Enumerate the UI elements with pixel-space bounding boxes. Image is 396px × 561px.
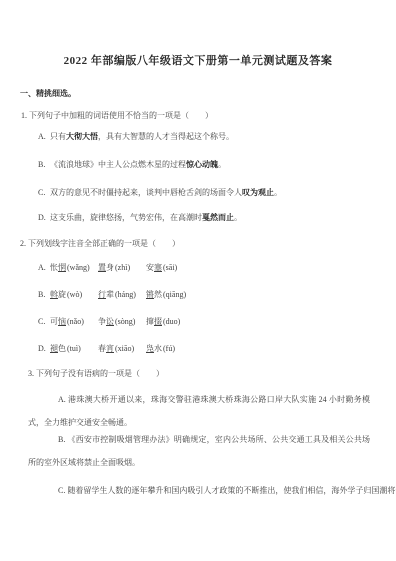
pinyin: (xiāo) [114, 344, 134, 353]
q2-option-a: A.怅惘(wǎng)置身(zhì)安塞(sāi) [38, 262, 194, 273]
pinyin: (háng) [114, 290, 136, 299]
word-pre: 春 [98, 344, 106, 353]
word-post: 水 [154, 344, 162, 353]
q1-option-c-pre: 双方的意见不时僵持起来，谈判中唇枪舌剑的场面令人 [50, 188, 242, 197]
q3-option-b-text: 《西安市控制吸烟管理办法》明确规定，室内公共场所、公共交通工具及相关公共场所的室… [28, 435, 370, 467]
q1-option-b-pre: 《流浪地球》中主人公点燃木星的过程 [50, 160, 186, 169]
q3-option-b-label: B. [43, 428, 65, 451]
pinyin: (tuì) [66, 344, 81, 353]
pinyin: (zhì) [114, 263, 130, 272]
word-underlined: 恼 [58, 317, 66, 326]
word-post: 辈 [106, 290, 114, 299]
pinyin: (nǎo) [66, 317, 84, 326]
q1-option-b: B.《流浪地球》中主人公点燃木星的过程惊心动魄。 [38, 159, 226, 170]
word-underlined: 行 [98, 290, 106, 299]
pinyin: (wò) [66, 290, 82, 299]
q1-option-a-label: A. [38, 131, 50, 142]
q1-option-a-post: ，具有大智慧的人才当得起这个称号。 [98, 132, 234, 141]
pinyin-item: 撺掇(duo) [146, 316, 194, 327]
pinyin-item: 锵然(qiāng) [146, 289, 194, 300]
q3-option-a-text: 港珠澳大桥开通以来，珠海交警驻港珠澳大桥珠海公路口岸大队实施 24 小时勤务模式… [28, 395, 370, 427]
q3-stem: 3. 下列句子没有语病的一项是（ ） [28, 368, 164, 379]
q1-option-d-post: 。 [234, 213, 242, 222]
q1-option-c-label: C. [38, 187, 50, 198]
word-underlined: 斡 [50, 290, 58, 299]
pinyin: (sòng) [114, 317, 135, 326]
word-underlined: 凫 [146, 344, 154, 353]
pinyin-item: 行辈(háng) [98, 289, 146, 300]
q1-option-d-pre: 这支乐曲，旋律悠扬，气势宏伟，在高潮时 [50, 213, 202, 222]
q3-option-a-label: A. [43, 388, 66, 411]
word-underlined: 宵 [106, 344, 114, 353]
pinyin: (wǎng) [66, 263, 90, 272]
q2-option-d: D.褪色(tuì)春宵(xiāo)凫水(fú) [38, 343, 194, 354]
word-underlined: 惘 [58, 263, 66, 272]
word-underlined: 讼 [106, 317, 114, 326]
doc-title: 2022 年部编版八年级语文下册第一单元测试题及答案 [0, 52, 396, 68]
pinyin-item: 春宵(xiāo) [98, 343, 146, 354]
q1-option-a-bold-term: 大彻大悟 [66, 132, 98, 141]
q1-stem: 1. 下列句子中加粗的词语使用不恰当的一项是（ ） [21, 110, 213, 121]
pinyin: (fú) [162, 344, 175, 353]
q2-option-b: B.斡旋(wò)行辈(háng)锵然(qiāng) [38, 289, 194, 300]
q1-option-d: D.这支乐曲，旋律悠扬，气势宏伟，在高潮时戛然而止。 [38, 212, 242, 223]
q1-option-d-bold-term: 戛然而止 [202, 213, 234, 222]
q2-option-d-label: D. [38, 343, 50, 354]
word-pre: 撺 [146, 317, 154, 326]
word-underlined: 置 [98, 263, 106, 272]
pinyin-item: 争讼(sòng) [98, 316, 146, 327]
q2-option-c-label: C. [38, 316, 50, 327]
q1-option-a-pre: 只有 [50, 132, 66, 141]
document-page: 2022 年部编版八年级语文下册第一单元测试题及答案 一、精挑细选。 1. 下列… [0, 0, 396, 561]
word-underlined: 掇 [154, 317, 162, 326]
q2-stem: 2. 下列划线字注音全部正确的一项是（ ） [20, 238, 180, 249]
q2-option-c: C.可恼(nǎo)争讼(sòng)撺掇(duo) [38, 316, 194, 327]
q1-option-d-label: D. [38, 212, 50, 223]
word-post: 然 [154, 290, 162, 299]
q2-option-b-label: B. [38, 289, 50, 300]
q3-option-b: B.《西安市控制吸烟管理办法》明确规定，室内公共场所、公共交通工具及相关公共场所… [28, 428, 370, 474]
pinyin-item: 安塞(sāi) [146, 262, 194, 273]
word-post: 身 [106, 263, 114, 272]
word-pre: 争 [98, 317, 106, 326]
pinyin-item: 褪色(tuì) [50, 343, 98, 354]
section-heading: 一、精挑细选。 [20, 88, 76, 99]
q1-option-b-post: 。 [218, 160, 226, 169]
pinyin-item: 怅惘(wǎng) [50, 262, 98, 273]
q1-option-c: C.双方的意见不时僵持起来，谈判中唇枪舌剑的场面令人叹为观止。 [38, 187, 282, 198]
pinyin-item: 凫水(fú) [146, 343, 194, 354]
word-pre: 怅 [50, 263, 58, 272]
q1-option-c-post: 。 [274, 188, 282, 197]
q3-option-c-text: 随着留学生人数的逐年攀升和国内吸引人才政策的不断推出，使我们相信，海外学子归国潮… [67, 486, 396, 495]
q2-option-a-label: A. [38, 262, 50, 273]
q1-option-b-label: B. [38, 159, 50, 170]
pinyin-item: 置身(zhì) [98, 262, 146, 273]
word-post: 色 [58, 344, 66, 353]
word-pre: 安 [146, 263, 154, 272]
pinyin: (sāi) [162, 263, 177, 272]
word-underlined: 褪 [50, 344, 58, 353]
q1-option-b-bold-term: 惊心动魄 [186, 160, 218, 169]
word-pre: 可 [50, 317, 58, 326]
q1-option-c-bold-term: 叹为观止 [242, 188, 274, 197]
pinyin-item: 可恼(nǎo) [50, 316, 98, 327]
pinyin-item: 斡旋(wò) [50, 289, 98, 300]
pinyin: (qiāng) [162, 290, 186, 299]
word-underlined: 锵 [146, 290, 154, 299]
q3-option-c-label: C. [43, 479, 65, 502]
pinyin: (duo) [162, 317, 180, 326]
q3-option-c: C.随着留学生人数的逐年攀升和国内吸引人才政策的不断推出，使我们相信，海外学子归… [28, 479, 396, 502]
q1-option-a: A.只有大彻大悟，具有大智慧的人才当得起这个称号。 [38, 131, 234, 142]
word-post: 旋 [58, 290, 66, 299]
word-underlined: 塞 [154, 263, 162, 272]
